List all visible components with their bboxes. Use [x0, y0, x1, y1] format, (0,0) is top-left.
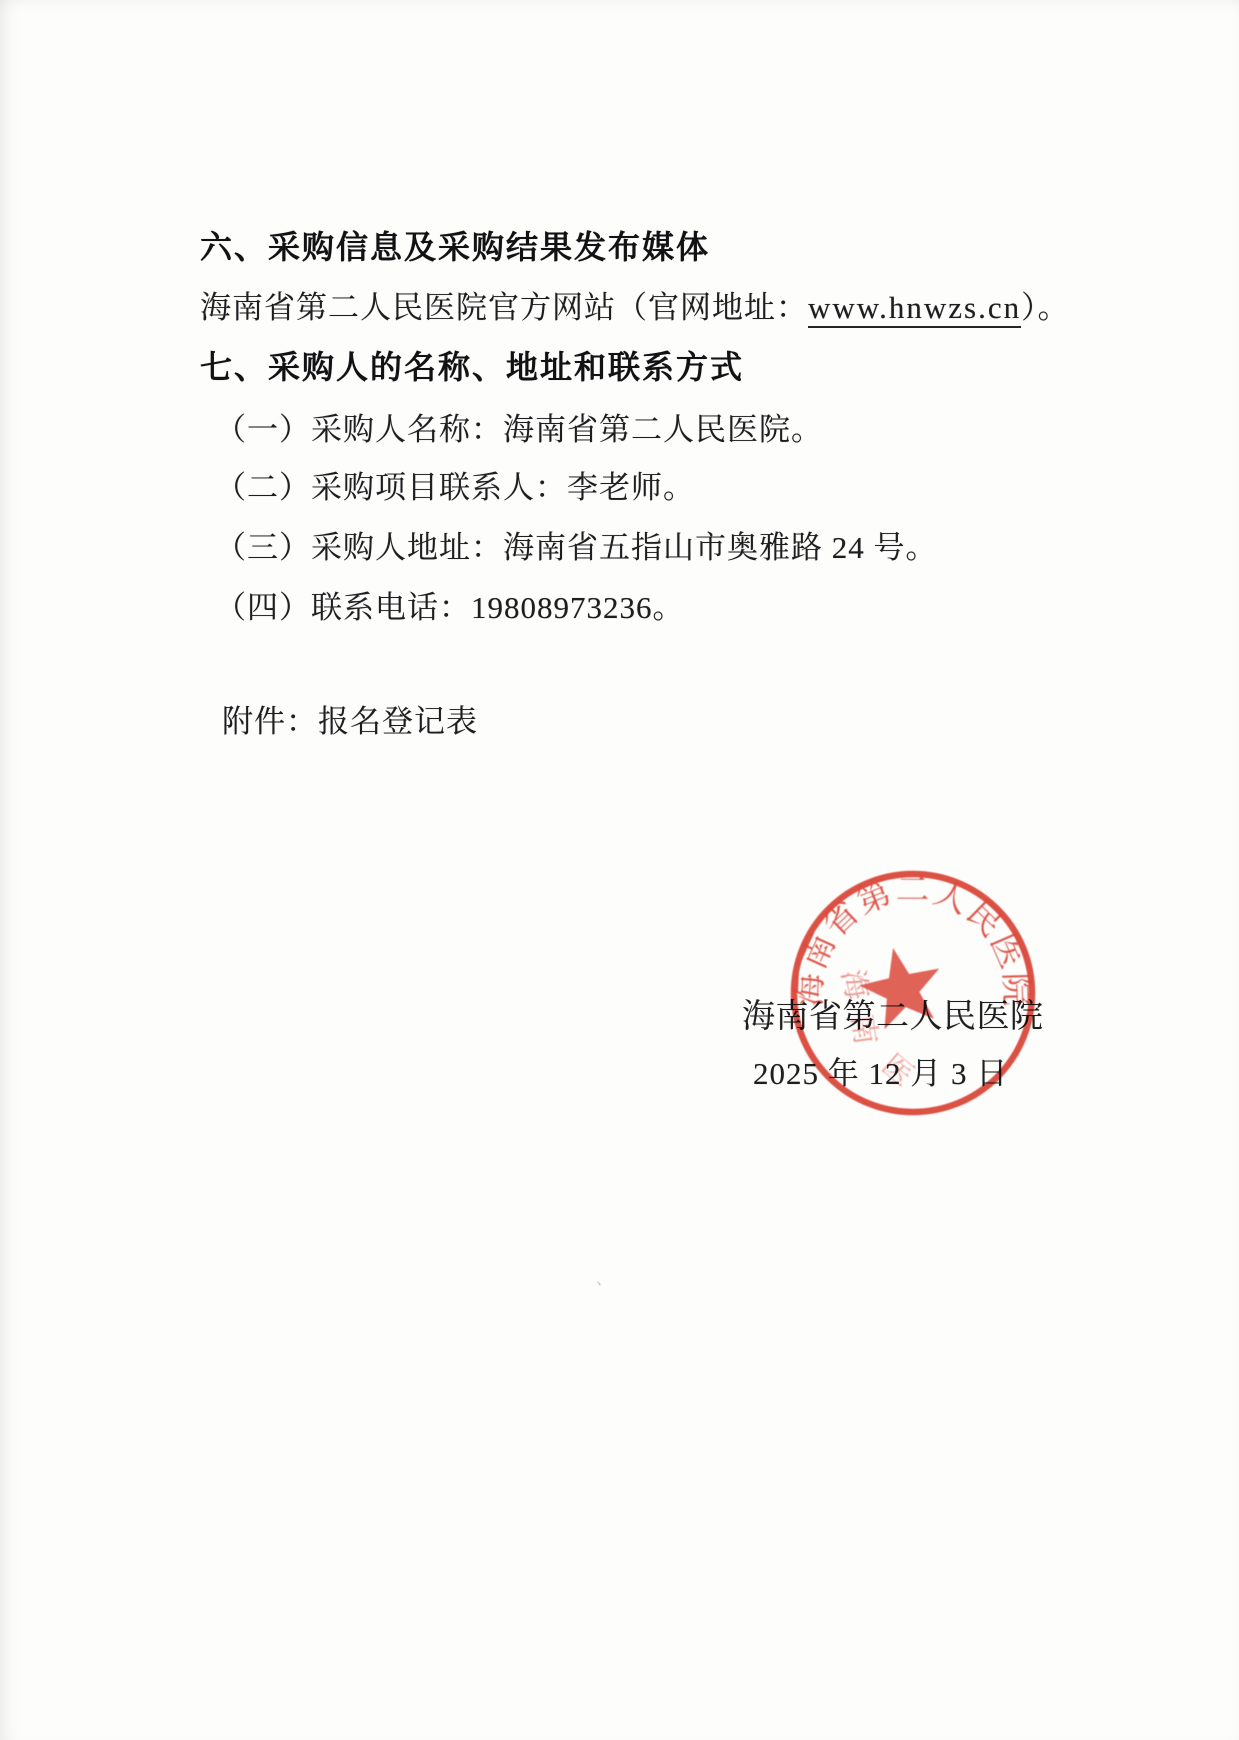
scan-artifact-speck: 、	[596, 1266, 612, 1289]
section-6-heading: 六、采购信息及采购结果发布媒体	[200, 222, 710, 268]
hospital-stamp: 海南省第二人民医院 海 南 医	[776, 854, 1050, 1128]
attachment-line: 附件：报名登记表	[222, 696, 478, 741]
website-line: 海南省第二人民医院官方网站（官网地址：www.hnwzs.cn）。	[200, 282, 1070, 327]
scanned-document-page: 六、采购信息及采购结果发布媒体 海南省第二人民医院官方网站（官网地址：www.h…	[0, 0, 1239, 1740]
contact-item-purchaser-name: （一）采购人名称：海南省第二人民医院。	[215, 404, 823, 449]
website-line-suffix: ）。	[1021, 290, 1070, 325]
website-url: www.hnwzs.cn	[808, 290, 1021, 328]
website-line-prefix: 海南省第二人民医院官方网站（官网地址：	[200, 290, 808, 325]
contact-item-project-contact: （二）采购项目联系人：李老师。	[215, 462, 695, 507]
stamp-ghost-char: 海	[835, 967, 874, 1003]
stamp-ghost-char: 医	[876, 1048, 920, 1093]
section-7-heading: 七、采购人的名称、地址和联系方式	[200, 342, 744, 388]
stamp-ghost-char: 南	[845, 1012, 882, 1046]
contact-item-phone: （四）联系电话：19808973236。	[215, 582, 685, 627]
contact-item-address: （三）采购人地址：海南省五指山市奥雅路 24 号。	[215, 522, 938, 567]
